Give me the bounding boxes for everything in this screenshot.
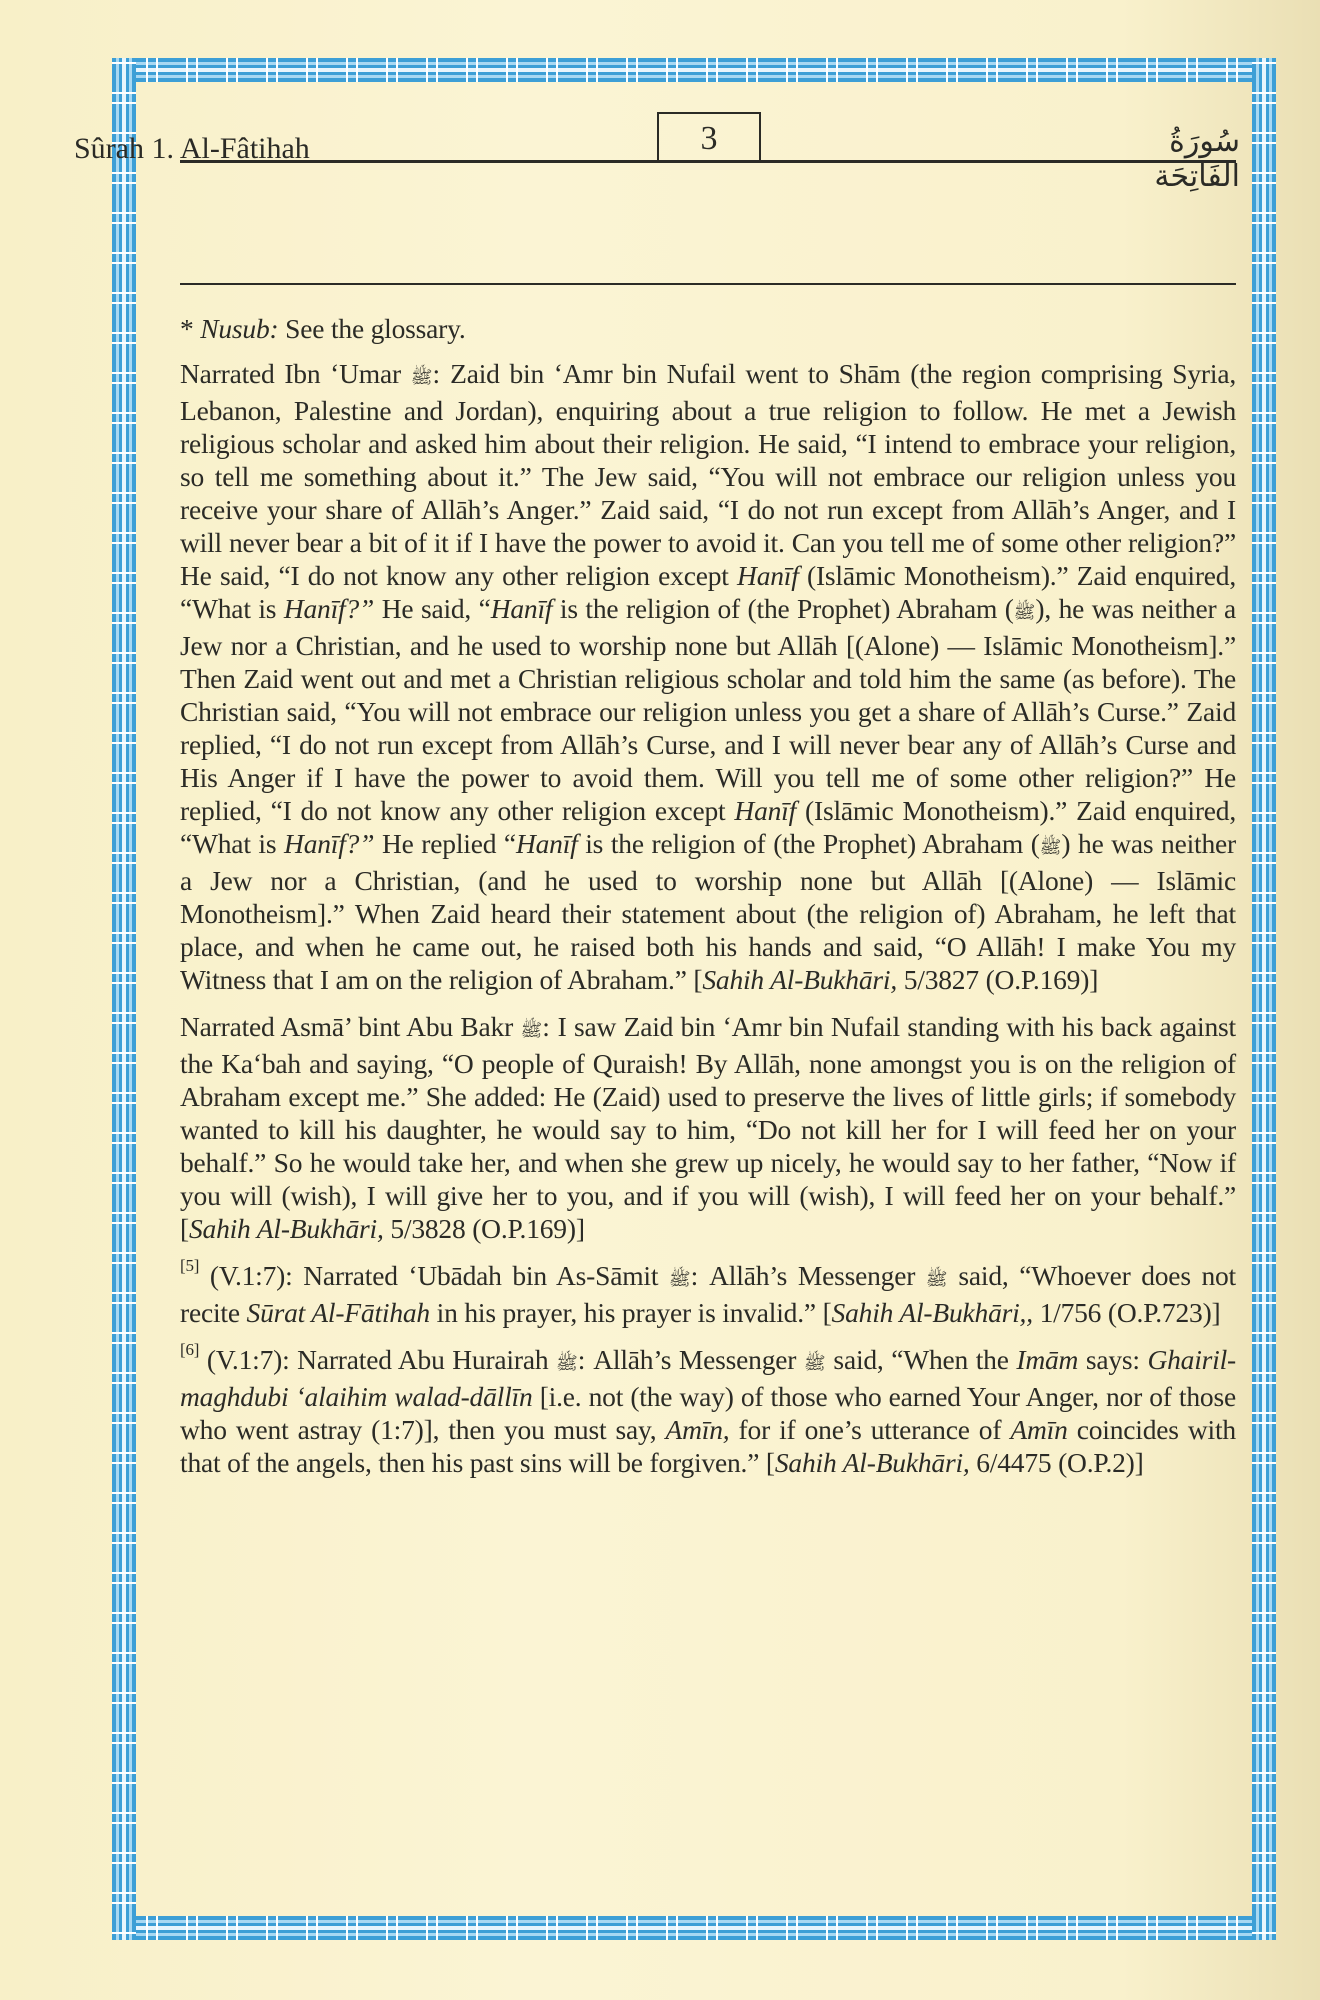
footnote-5: [5] (V.1:7): Narrated ‘Ubādah bin As-Sām… <box>180 1259 1236 1329</box>
honorific-icon: ﷺ <box>521 1020 543 1041</box>
hadith-ibn-umar: Narrated Ibn ‘Umar ﷺ: Zaid bin ‘Amr bin … <box>180 357 1236 996</box>
border-top <box>112 58 1276 82</box>
footnote-nusub: * Nusub: See the glossary. <box>180 312 1236 345</box>
border-right <box>1252 58 1276 1940</box>
honorific-icon: ﷺ <box>1040 837 1062 858</box>
border-left <box>112 58 136 1940</box>
footnotes-body: * Nusub: See the glossary. Narrated Ibn … <box>180 312 1236 1493</box>
honorific-icon: ﷺ <box>1014 602 1036 623</box>
arabic-surah-title: سُورَةُ الفَاتِحَة <box>1110 124 1240 194</box>
hadith-asma-bint-abu-bakr: Narrated Asmā’ bint Abu Bakr ﷺ: I saw Za… <box>180 1010 1236 1245</box>
honorific-icon: ﷺ <box>556 1353 578 1374</box>
honorific-icon: ﷺ <box>804 1353 826 1374</box>
honorific-icon: ﷺ <box>926 1269 948 1290</box>
honorific-icon: ﷺ <box>411 367 433 388</box>
footnote-separator-rule <box>180 283 1236 285</box>
page-number: 3 <box>657 112 761 160</box>
header-rule <box>180 160 1236 163</box>
honorific-icon: ﷺ <box>669 1269 691 1290</box>
footnote-marker: [6] <box>180 1340 199 1359</box>
term-nusub: Nusub: <box>200 313 278 344</box>
border-bottom <box>112 1916 1276 1940</box>
footnote-6: [6] (V.1:7): Narrated Abu Hurairah ﷺ: Al… <box>180 1343 1236 1479</box>
footnote-marker: [5] <box>180 1256 199 1275</box>
